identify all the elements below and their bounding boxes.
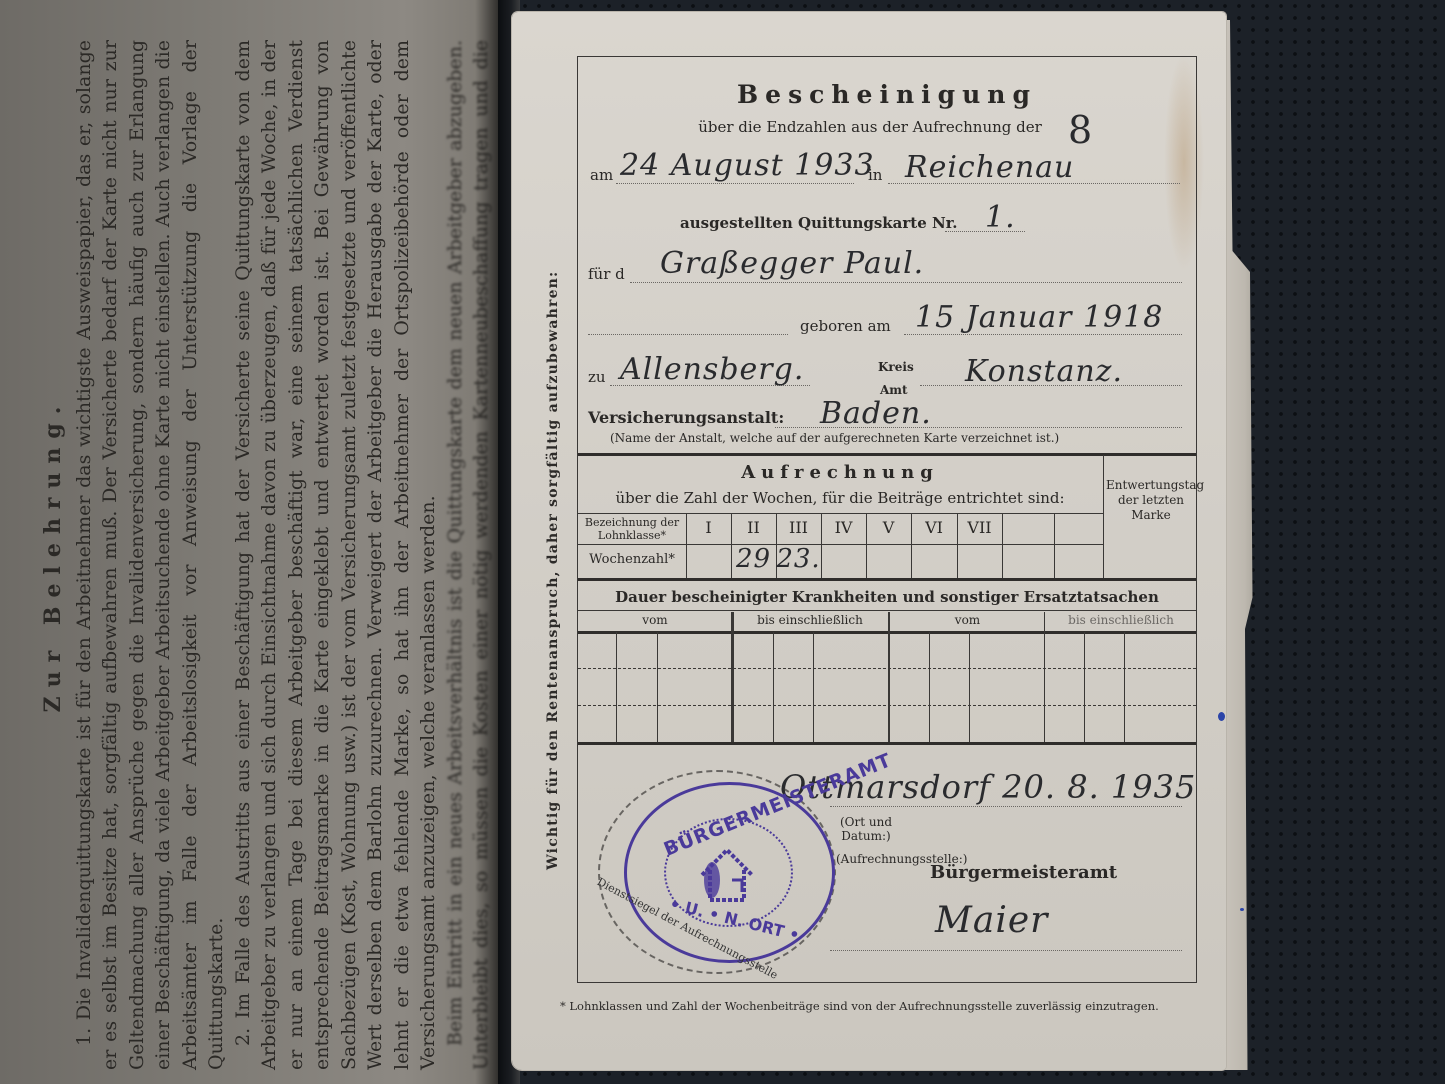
rule	[578, 705, 1196, 706]
illness-title: Dauer bescheinigter Krankheiten und sons…	[578, 588, 1196, 606]
rule	[657, 632, 658, 742]
footnote: * Lohnklassen und Zahl der Wochenbeiträg…	[560, 999, 1159, 1013]
illness-header: vom	[580, 613, 730, 627]
handwritten-place: Reichenau	[905, 150, 1074, 185]
rule	[1103, 455, 1104, 579]
label-institution: Versicherungsanstalt:	[588, 408, 784, 427]
illness-header: bis einschließlich	[735, 613, 885, 627]
rule	[731, 612, 734, 742]
label-born: geboren am	[800, 317, 891, 335]
ink-spot	[1240, 908, 1244, 911]
place-date-line	[830, 806, 1182, 807]
rule	[813, 632, 814, 742]
aufrechnung-subtitle: über die Zahl der Wochen, für die Beiträ…	[578, 489, 1102, 507]
label-aufrechnungsstelle: (Aufrechnungsstelle:)	[836, 852, 896, 866]
handwritten-name: Graßegger Paul.	[660, 246, 924, 281]
rule	[578, 631, 1196, 634]
handwritten-card-number: 1.	[985, 200, 1016, 235]
weeks-cell: 29	[731, 544, 776, 574]
row-label-wochenzahl: Wochenzahl*	[580, 552, 684, 567]
instructions-heading: Zur Belehrung.	[40, 40, 67, 1070]
label-card-number: ausgestellten Quittungskarte Nr.	[680, 214, 957, 232]
illness-header: vom	[890, 613, 1045, 627]
label-amt: Amt	[880, 383, 908, 397]
certificate-title: Bescheinigung	[577, 80, 1197, 109]
rule	[578, 578, 1196, 581]
handwritten-signature: Maier	[935, 900, 1048, 941]
row-label-lohnklasse: Bezeichnung der Lohnklasse*	[580, 516, 684, 542]
signature-line	[830, 950, 1182, 951]
handwritten-birthplace: Allensberg.	[620, 352, 804, 387]
class-cell: VII	[957, 518, 1002, 537]
instructions-paragraph: 2. Im Falle des Austritts aus einer Besc…	[230, 40, 442, 1070]
official-stamp: BÜRGERMEISTERAMT • U. • N. ORT • Diensts…	[604, 782, 826, 952]
class-cell: I	[686, 518, 731, 537]
label-place-date: (Ort und Datum:)	[836, 815, 896, 843]
class-cell: III	[776, 518, 821, 537]
handwritten-district: Konstanz.	[965, 354, 1123, 389]
illness-header: bis einschließlich	[1046, 613, 1196, 627]
rule	[578, 544, 1103, 545]
ink-spot	[1218, 712, 1225, 721]
instructions-paragraph: 1. Die Invalidenquittungskarte ist für d…	[71, 40, 230, 1070]
class-cell: IV	[821, 518, 866, 537]
rule	[888, 612, 890, 742]
class-cell: V	[866, 518, 911, 537]
weeks-cell: 23.	[776, 544, 821, 574]
blank-line	[588, 334, 788, 335]
aufrechnung-title: Aufrechnung	[578, 462, 1102, 483]
handwritten-date: 24 August 1933	[620, 148, 875, 183]
handwritten-institution: Baden.	[820, 396, 932, 431]
rule	[578, 668, 1196, 669]
rule	[578, 742, 1196, 745]
side-note: Wichtig für den Rentenanspruch, daher so…	[545, 170, 561, 870]
class-cell: VI	[911, 518, 957, 537]
handwritten-birth-date: 15 Januar 1918	[915, 300, 1163, 335]
office-name: Bürgermeisteramt	[930, 862, 1117, 883]
rule	[929, 632, 930, 742]
date-line	[616, 183, 854, 184]
label-zu: zu	[588, 368, 606, 386]
rule	[1054, 513, 1055, 578]
rule	[773, 632, 774, 742]
name-line	[630, 282, 1182, 283]
label-kreis: Kreis	[878, 360, 914, 374]
rule	[578, 513, 1103, 514]
left-book-page: Zur Belehrung. 1. Die Invalidenquittungs…	[0, 0, 505, 1084]
stamp-emblem-icon	[692, 840, 762, 910]
rule	[969, 632, 970, 742]
rule	[1044, 612, 1045, 742]
instructions-text: Zur Belehrung. 1. Die Invalidenquittungs…	[40, 40, 505, 1070]
handwritten-number-marker: 8	[1068, 108, 1093, 152]
rule	[1084, 632, 1085, 742]
rule	[1124, 632, 1125, 742]
entwertungstag-header: Entwertungstag der letzten Marke	[1106, 478, 1196, 523]
label-for: für d	[588, 265, 625, 283]
rule	[1002, 513, 1003, 578]
label-in: in	[868, 166, 882, 184]
institution-hint: (Name der Anstalt, welche auf der aufger…	[610, 431, 1059, 445]
rule	[578, 610, 1196, 611]
label-am: am	[590, 166, 613, 184]
class-cell: II	[731, 518, 776, 537]
rule	[616, 632, 617, 742]
